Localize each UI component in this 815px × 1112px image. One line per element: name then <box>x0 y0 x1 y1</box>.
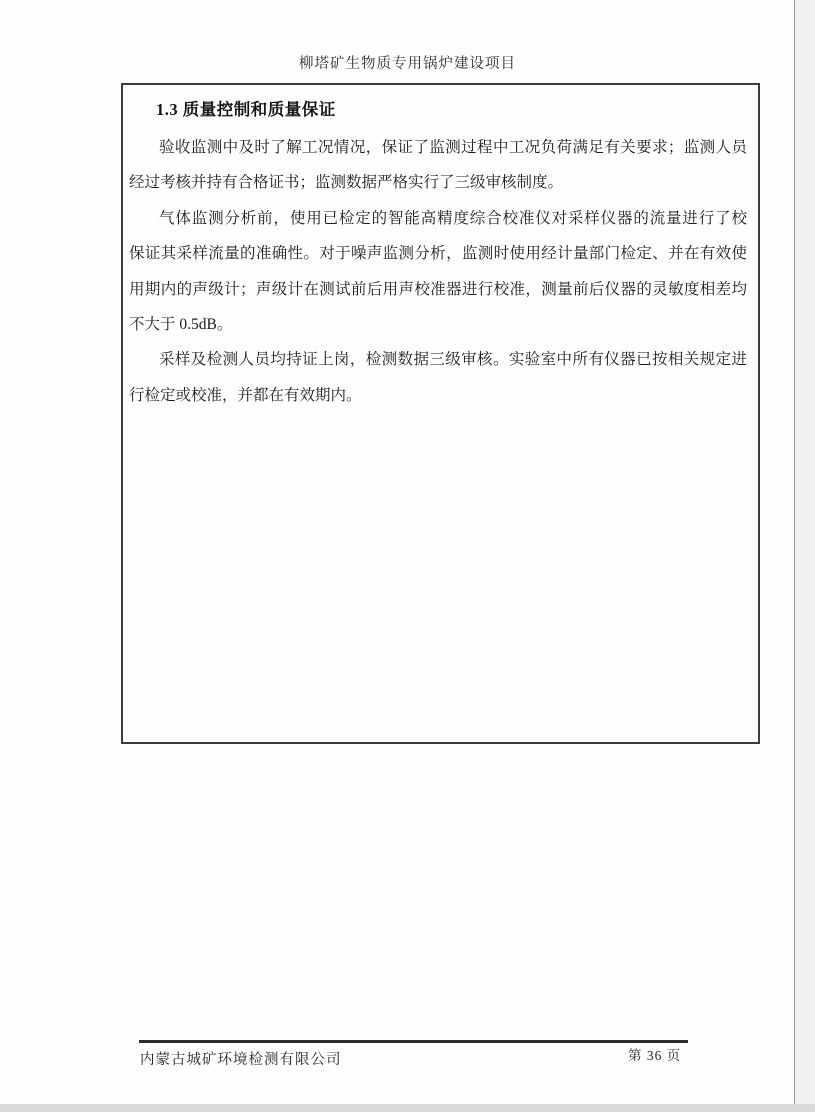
paragraph-1-line-2: 经过考核并持有合格证书；监测数据严格实行了三级审核制度。 <box>129 165 747 200</box>
paragraph-3-line-1: 采样及检测人员均持证上岗，检测数据三级审核。实验室中所有仪器已按相关规定进 <box>129 342 747 377</box>
paragraph-1-line-1: 验收监测中及时了解工况情况，保证了监测过程中工况负荷满足有关要求；监测人员 <box>129 130 747 165</box>
paragraph-2-line-1: 气体监测分析前，使用已检定的智能高精度综合校准仪对采样仪器的流量进行了校核， <box>129 201 747 236</box>
paragraph-3-line-2: 行检定或校准，并都在有效期内。 <box>129 378 747 413</box>
page-header-title: 柳塔矿生物质专用锅炉建设项目 <box>0 52 815 73</box>
footer-divider <box>139 1040 688 1043</box>
body-text: 验收监测中及时了解工况情况，保证了监测过程中工况负荷满足有关要求；监测人员 经过… <box>129 130 747 413</box>
content-box: 1.3 质量控制和质量保证 验收监测中及时了解工况情况，保证了监测过程中工况负荷… <box>121 83 760 744</box>
paragraph-2-line-3: 用期内的声级计；声级计在测试前后用声校准器进行校准，测量前后仪器的灵敏度相差均 <box>129 272 747 307</box>
section-heading: 1.3 质量控制和质量保证 <box>156 96 336 120</box>
paragraph-2-line-4: 不大于 0.5dB。 <box>129 307 747 342</box>
paragraph-2-line-2: 保证其采样流量的准确性。对于噪声监测分析，监测时使用经计量部门检定、并在有效使 <box>129 236 747 271</box>
footer-company: 内蒙古城矿环境检测有限公司 <box>140 1048 342 1069</box>
footer-page-number: 第 36 页 <box>628 1044 681 1064</box>
scan-edge-right <box>794 0 795 1112</box>
scan-edge-bottom <box>0 1104 815 1112</box>
scan-edge-right-shade <box>795 0 815 1112</box>
document-page: 柳塔矿生物质专用锅炉建设项目 1.3 质量控制和质量保证 验收监测中及时了解工况… <box>0 0 815 1112</box>
